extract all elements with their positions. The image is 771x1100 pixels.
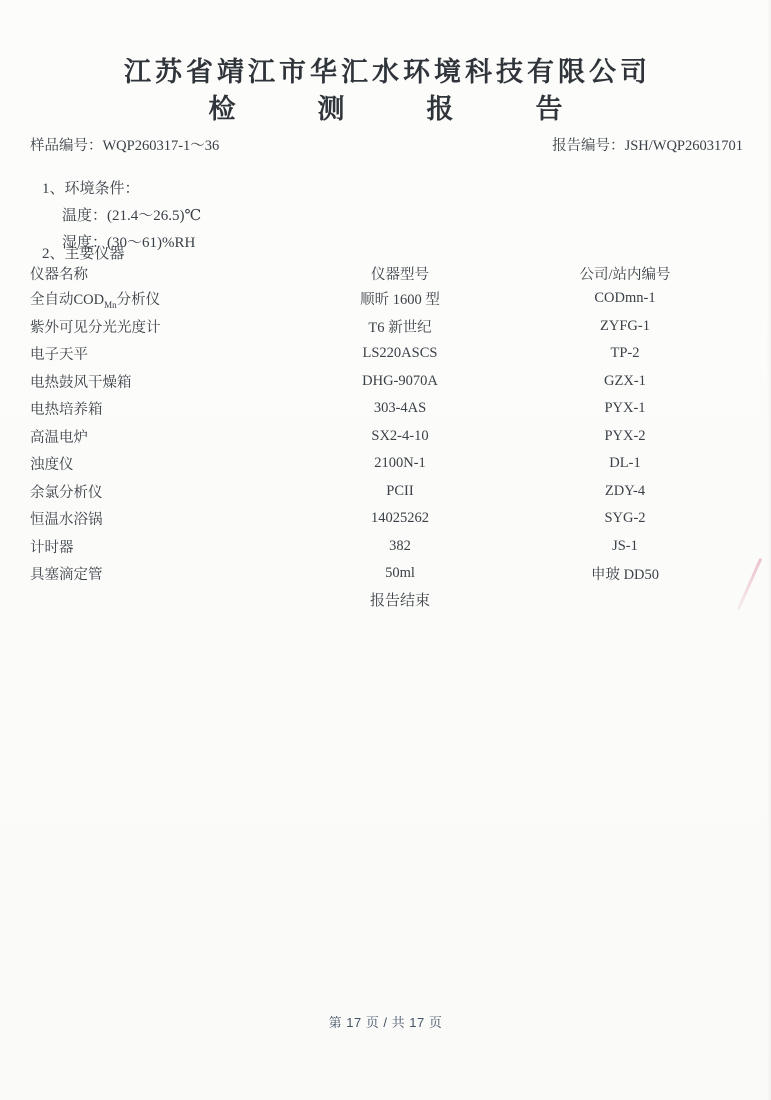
temperature-line: 温度：(21.4～26.5)℃ [62, 204, 201, 225]
instrument-name: 高温电炉 [30, 426, 300, 447]
column-header-instrument-code: 公司/站内编号 [500, 263, 750, 284]
instrument-code: TP-2 [500, 345, 750, 362]
instrument-model: 顺昕 1600 型 [300, 288, 500, 309]
table-row: 余氯分析仪PCIIZDY-4 [30, 478, 750, 506]
instrument-name: 恒温水浴锅 [30, 508, 300, 529]
instruments-rows: 全自动CODMn分析仪顺昕 1600 型CODmn-1紫外可见分光光度计T6 新… [30, 285, 750, 588]
environment-section-heading: 1、环境条件： [42, 177, 140, 198]
instrument-code: PYX-1 [500, 400, 750, 417]
instrument-code: DL-1 [500, 455, 750, 472]
table-row: 电热培养箱303-4ASPYX-1 [30, 395, 750, 423]
sample-number-label: 样品编号： [30, 138, 103, 154]
instrument-code: PYX-2 [500, 428, 750, 445]
table-row: 具塞滴定管50ml申玻 DD50 [30, 560, 750, 588]
instrument-model: 50ml [300, 565, 500, 582]
table-row: 恒温水浴锅14025262SYG-2 [30, 505, 750, 533]
table-row: 高温电炉SX2-4-10PYX-2 [30, 423, 750, 451]
instrument-name: 电子天平 [30, 343, 300, 364]
instrument-name: 具塞滴定管 [30, 563, 300, 584]
instruments-table: 仪器名称 仪器型号 公司/站内编号 全自动CODMn分析仪顺昕 1600 型CO… [30, 262, 750, 588]
sample-number-value: WQP260317-1～36 [103, 138, 220, 154]
instrument-code: CODmn-1 [500, 290, 750, 307]
instrument-code: SYG-2 [500, 510, 750, 527]
instrument-model: LS220ASCS [300, 345, 500, 362]
instrument-code: 申玻 DD50 [500, 563, 750, 584]
instrument-name: 全自动CODMn分析仪 [30, 288, 300, 309]
report-number-label: 报告编号： [552, 138, 625, 154]
instrument-code: ZDY-4 [500, 483, 750, 500]
scan-edge-shadow [767, 0, 771, 1100]
instrument-model: 14025262 [300, 510, 500, 527]
instrument-model: T6 新世纪 [300, 316, 500, 337]
sample-number: 样品编号：WQP260317-1～36 [30, 134, 219, 155]
instrument-name: 电热鼓风干燥箱 [30, 371, 300, 392]
end-of-report-text: 报告结束 [300, 589, 500, 610]
table-row: 浊度仪2100N-1DL-1 [30, 450, 750, 478]
instrument-code: ZYFG-1 [500, 318, 750, 335]
table-row: 电热鼓风干燥箱DHG-9070AGZX-1 [30, 368, 750, 396]
instruments-section-heading: 2、主要仪器 [42, 242, 125, 263]
report-title: 检测报告 [0, 87, 771, 126]
meta-row: 样品编号：WQP260317-1～36 报告编号：JSH/WQP26031701 [30, 134, 743, 155]
instrument-name: 浊度仪 [30, 453, 300, 474]
instrument-code: JS-1 [500, 538, 750, 555]
table-row: 电子天平LS220ASCSTP-2 [30, 340, 750, 368]
table-row: 计时器382JS-1 [30, 533, 750, 561]
table-row: 紫外可见分光光度计T6 新世纪ZYFG-1 [30, 313, 750, 341]
instrument-name: 计时器 [30, 536, 300, 557]
instrument-model: 303-4AS [300, 400, 500, 417]
instrument-name: 电热培养箱 [30, 398, 300, 419]
report-number-value: JSH/WQP26031701 [625, 138, 743, 154]
page-number-indicator: 第 17 页 / 共 17 页 [0, 1012, 771, 1031]
instrument-name: 余氯分析仪 [30, 481, 300, 502]
instrument-code: GZX-1 [500, 373, 750, 390]
instrument-model: PCII [300, 483, 500, 500]
column-header-instrument-model: 仪器型号 [300, 263, 500, 284]
company-title: 江苏省靖江市华汇水环境科技有限公司 [0, 50, 771, 89]
table-row: 全自动CODMn分析仪顺昕 1600 型CODmn-1 [30, 285, 750, 313]
report-number: 报告编号：JSH/WQP26031701 [552, 134, 743, 155]
instrument-name: 紫外可见分光光度计 [30, 316, 300, 337]
instrument-model: DHG-9070A [300, 373, 500, 390]
instrument-model: SX2-4-10 [300, 428, 500, 445]
table-header-row: 仪器名称 仪器型号 公司/站内编号 [30, 262, 750, 284]
instrument-model: 2100N-1 [300, 455, 500, 472]
scanned-report-page: 江苏省靖江市华汇水环境科技有限公司 检测报告 样品编号：WQP260317-1～… [0, 0, 771, 1100]
column-header-instrument-name: 仪器名称 [30, 263, 300, 284]
instrument-model: 382 [300, 538, 500, 555]
